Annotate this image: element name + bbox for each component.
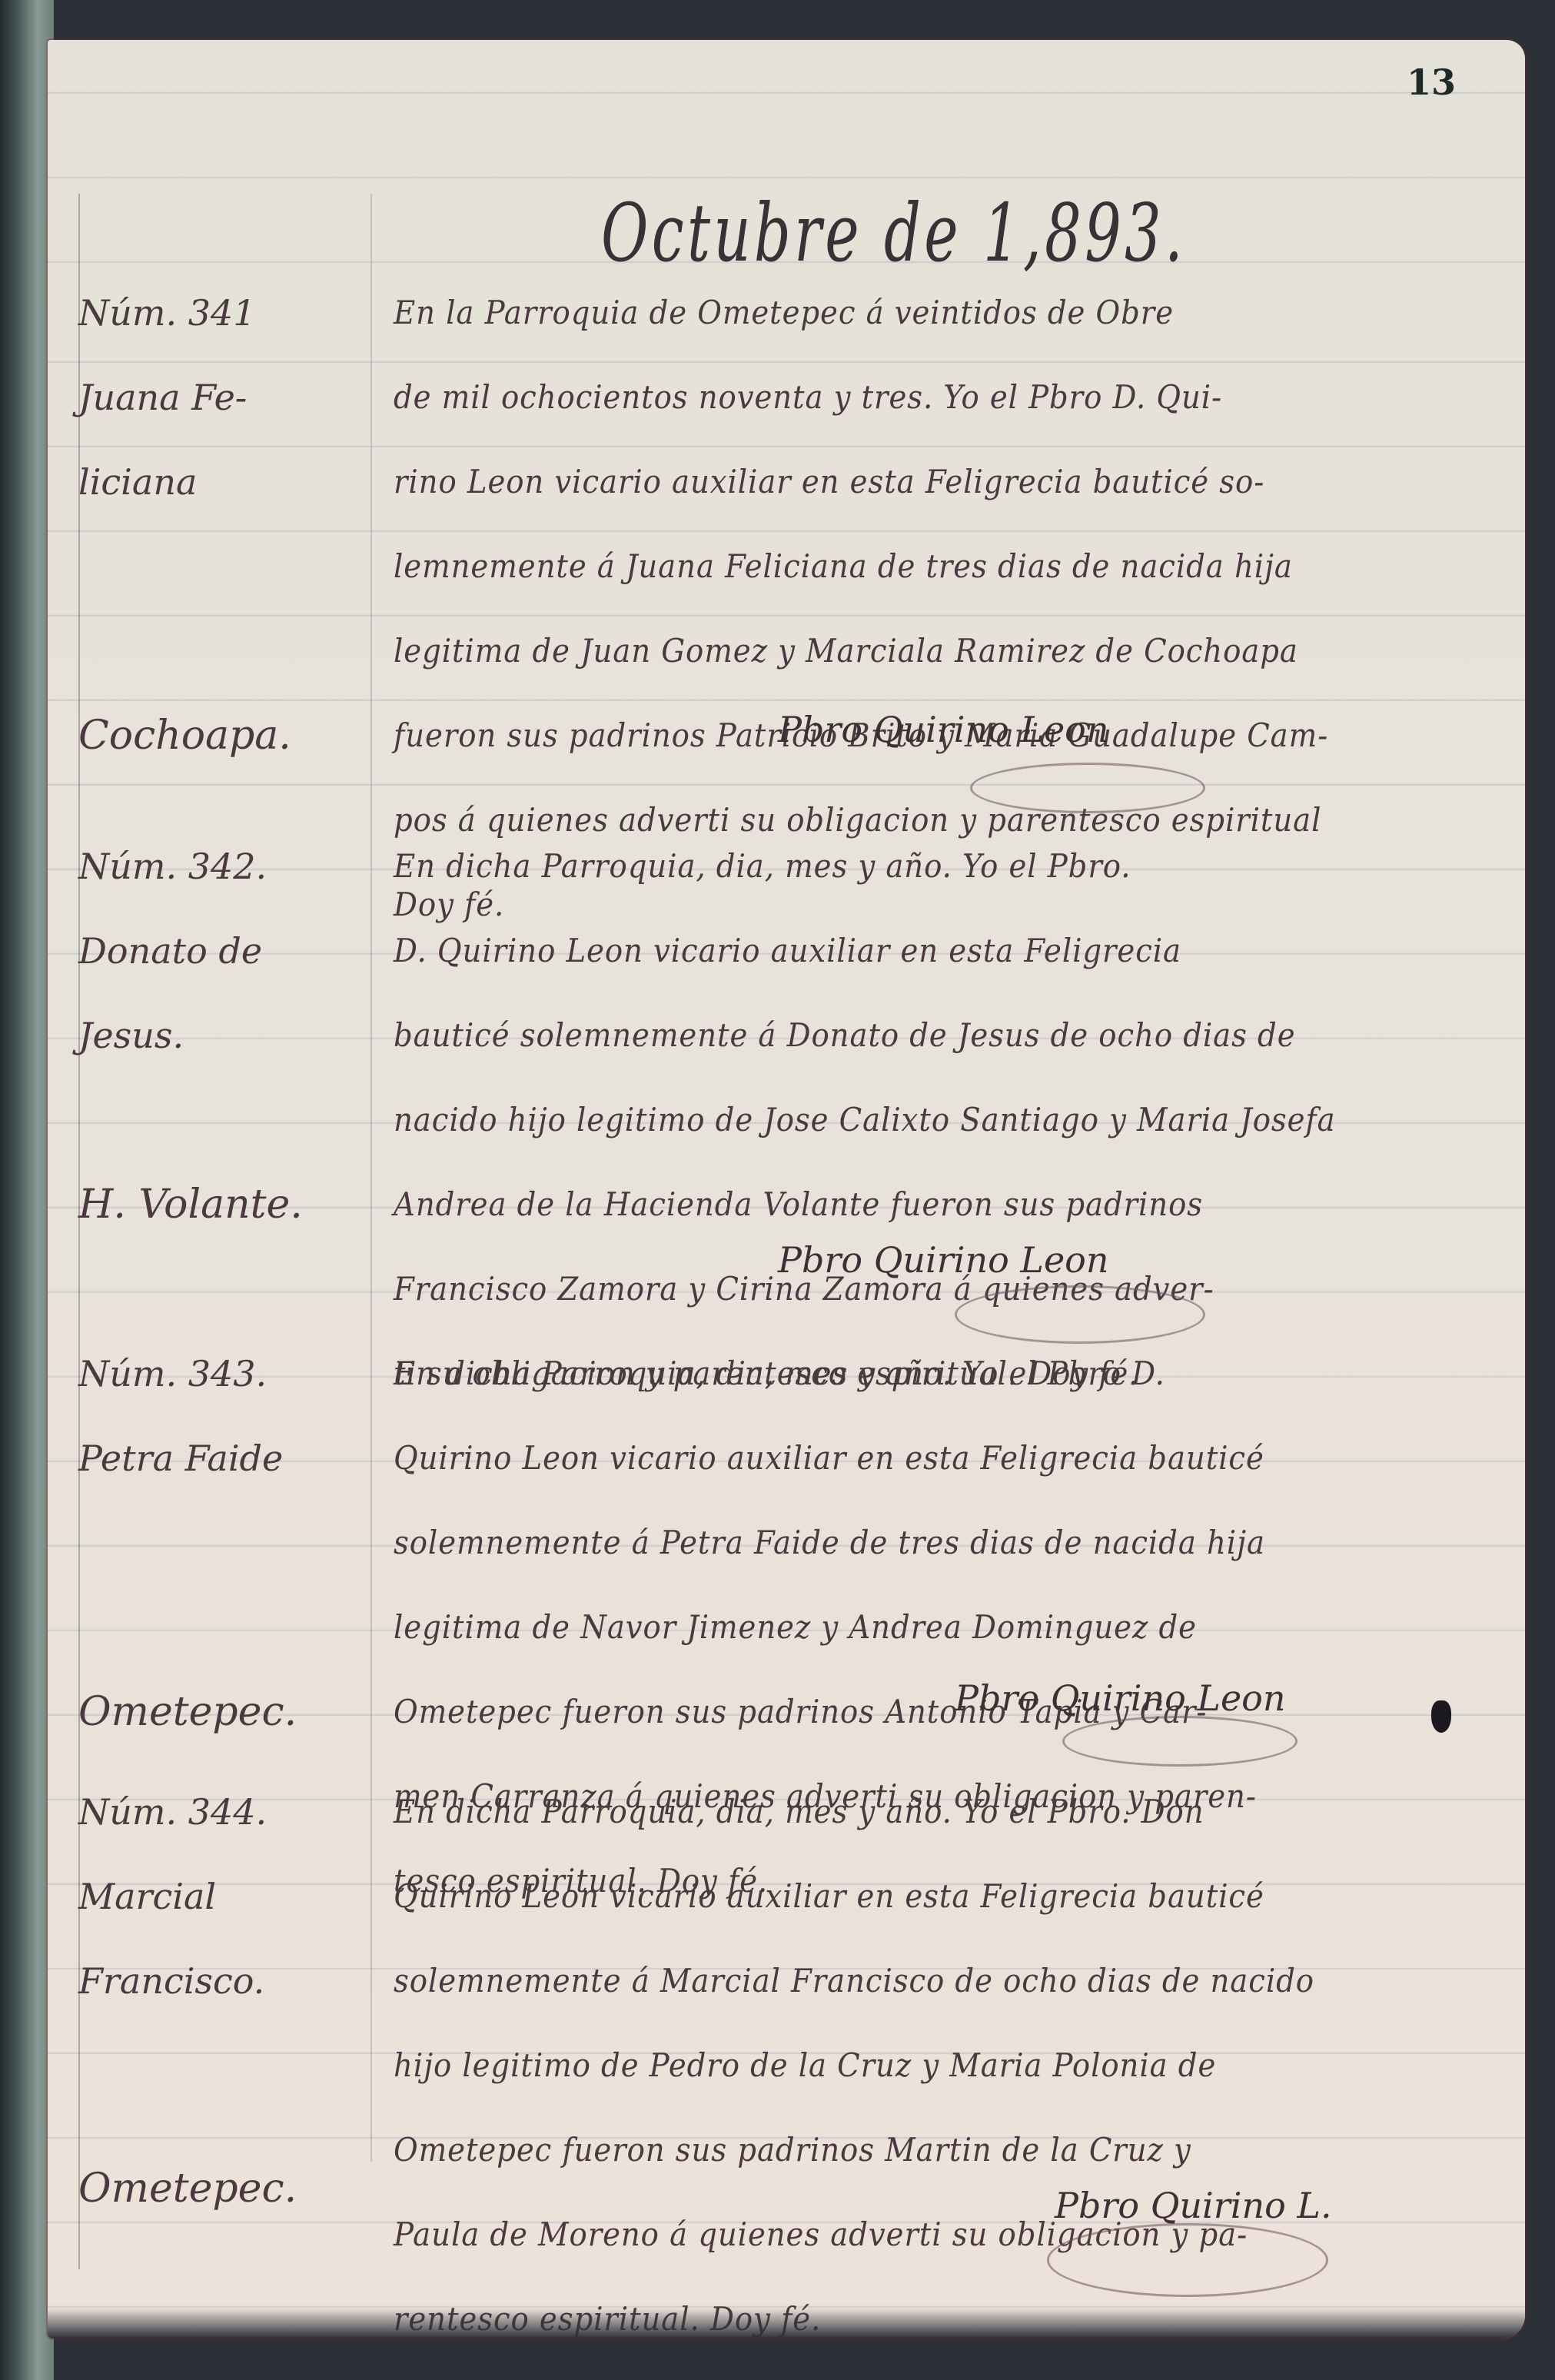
entry-344-margin: Núm. 344. Marcial Francisco. xyxy=(78,1770,370,2023)
child-name: Juana Fe- xyxy=(78,355,370,440)
entry-number: Núm. 341 xyxy=(78,271,370,355)
text-line: Andrea de la Hacienda Volante fueron sus… xyxy=(394,1162,1508,1247)
entry-341-signature: Pbro Quirino Leon xyxy=(778,709,1109,750)
entry-number: Núm. 342. xyxy=(78,824,370,909)
text-line: solemnemente á Marcial Francisco de ocho… xyxy=(394,1939,1508,2023)
entry-343-place: Ometepec. xyxy=(78,1670,297,1754)
entry-344-signature: Pbro Quirino L. xyxy=(1055,2185,1332,2226)
text-line: hijo legitimo de Pedro de la Cruz y Mari… xyxy=(394,2023,1508,2108)
child-name: liciana xyxy=(78,440,370,524)
register-page: 13 Octubre de 1,893. Núm. 341 Juana Fe- … xyxy=(48,40,1525,2338)
text-line: de mil ochocientos noventa y tres. Yo el… xyxy=(394,355,1508,440)
text-line: lemnemente á Juana Feliciana de tres dia… xyxy=(394,524,1508,609)
signature-flourish xyxy=(970,763,1205,813)
entry-342-margin: Núm. 342. Donato de Jesus. xyxy=(78,824,370,1078)
book-spine xyxy=(0,0,54,2380)
text-line: legitima de Juan Gomez y Marciala Ramire… xyxy=(394,609,1508,693)
paper-hole xyxy=(1431,1700,1451,1733)
entry-343-signature: Pbro Quirino Leon xyxy=(955,1677,1286,1719)
page-number: 13 xyxy=(1407,61,1456,103)
entry-342-text: En dicha Parroquia, dia, mes y año. Yo e… xyxy=(394,824,1508,1416)
entry-341-margin: Núm. 341 Juana Fe- liciana xyxy=(78,271,370,524)
child-name: Francisco. xyxy=(78,1939,370,2023)
text-line: D. Quirino Leon vicario auxiliar en esta… xyxy=(394,909,1508,993)
entry-number: Núm. 344. xyxy=(78,1770,370,1854)
entry-number: Núm. 343. xyxy=(78,1331,370,1416)
text-line: En dicha Parroquia, dia, mes y año. Yo e… xyxy=(394,1331,1508,1416)
text-line: Ometepec fueron sus padrinos Martin de l… xyxy=(394,2108,1508,2192)
child-name: Donato de xyxy=(78,909,370,993)
page-title: Octubre de 1,893. xyxy=(601,186,1186,280)
entry-344-place: Ometepec. xyxy=(78,2146,297,2231)
text-line: Ometepec fueron sus padrinos Antonio Tap… xyxy=(394,1670,1508,1754)
entry-342-place: H. Volante. xyxy=(78,1162,303,1247)
entry-342-signature: Pbro Quirino Leon xyxy=(778,1239,1109,1281)
text-line: En la Parroquia de Ometepec á veintidos … xyxy=(394,271,1508,355)
text-line: Quirino Leon vicario auxiliar en esta Fe… xyxy=(394,1416,1508,1501)
text-line: legitima de Navor Jimenez y Andrea Domin… xyxy=(394,1585,1508,1670)
text-line: En dicha Parroquia, dia, mes y año. Yo e… xyxy=(394,1770,1508,1854)
text-line: Quirino Leon vicario auxiliar en esta Fe… xyxy=(394,1854,1508,1939)
text-line: solemnemente á Petra Faide de tres dias … xyxy=(394,1501,1508,1585)
text-line: En dicha Parroquia, dia, mes y año. Yo e… xyxy=(394,824,1508,909)
text-line: nacido hijo legitimo de Jose Calixto San… xyxy=(394,1078,1508,1162)
signature-flourish xyxy=(1062,1716,1297,1767)
entry-343-margin: Núm. 343. Petra Faide xyxy=(78,1331,370,1501)
entry-344-text: En dicha Parroquia, dia, mes y año. Yo e… xyxy=(394,1770,1508,2338)
child-name: Jesus. xyxy=(78,993,370,1078)
child-name: Marcial xyxy=(78,1854,370,1939)
text-line: Paula de Moreno á quienes adverti su obl… xyxy=(394,2192,1508,2277)
text-line: rino Leon vicario auxiliar en esta Felig… xyxy=(394,440,1508,524)
margin-rule-line xyxy=(370,194,372,2162)
child-name: Petra Faide xyxy=(78,1416,370,1501)
signature-flourish xyxy=(1047,2223,1328,2297)
entry-341-place: Cochoapa. xyxy=(78,693,291,778)
text-line: bauticé solemnemente á Donato de Jesus d… xyxy=(394,993,1508,1078)
torn-bottom-edge xyxy=(48,2308,1525,2338)
